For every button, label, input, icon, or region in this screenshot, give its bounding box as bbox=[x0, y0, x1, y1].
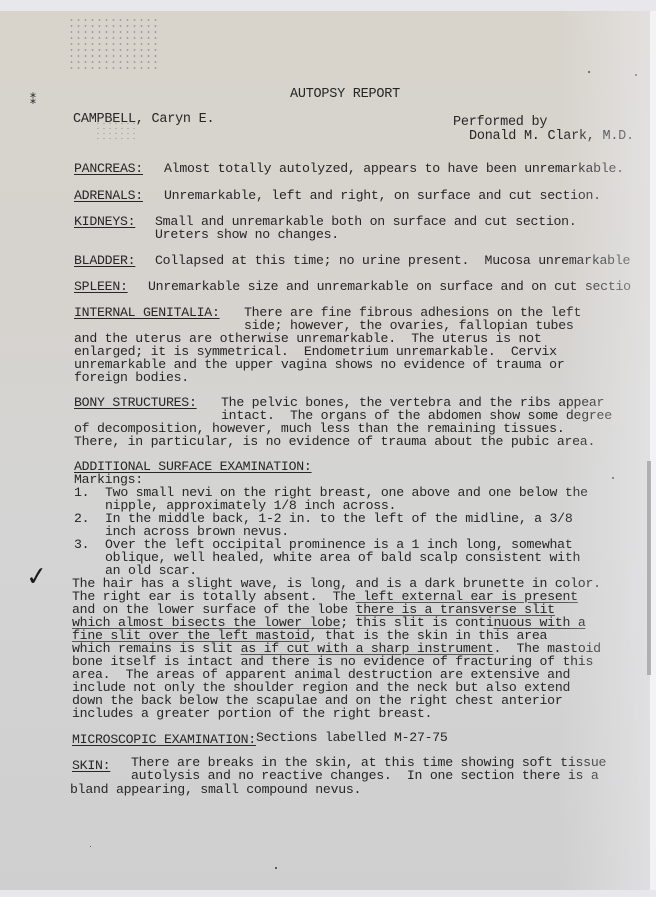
scan-speck bbox=[90, 846, 91, 847]
adrenals-text: Unremarkable, left and right, on surface… bbox=[164, 189, 601, 202]
skin-label: SKIN: bbox=[72, 759, 110, 772]
paragraph-line: includes a greater portion of the right … bbox=[72, 707, 432, 720]
bladder-label: BLADDER: bbox=[74, 254, 135, 267]
microscopic-label: MICROSCOPIC EXAMINATION: bbox=[72, 733, 256, 746]
internal-genitalia-line: foreign bodies. bbox=[74, 371, 189, 384]
bony-structures-label: BONY STRUCTURES: bbox=[74, 396, 197, 409]
bony-structures-line: There, in particular, is no evidence of … bbox=[74, 435, 595, 448]
kidneys-text-line: Ureters show no changes. bbox=[155, 228, 339, 241]
performed-by-label: Performed by bbox=[453, 116, 547, 129]
scan-artifact-bar bbox=[647, 461, 651, 675]
skin-line: autolysis and no reactive changes. In on… bbox=[131, 769, 599, 782]
marking-number: 2. bbox=[74, 512, 89, 525]
margin-scribble: ⁑ bbox=[30, 93, 36, 107]
scan-speck bbox=[588, 71, 590, 73]
page-edge bbox=[650, 11, 656, 890]
scanned-document-page: ⁑ AUTOPSY REPORT CAMPBELL, Caryn E. Perf… bbox=[0, 11, 650, 890]
internal-genitalia-label: INTERNAL GENITALIA: bbox=[74, 306, 220, 319]
subject-name: CAMPBELL, Caryn E. bbox=[73, 113, 214, 126]
skin-line: bland appearing, small compound nevus. bbox=[70, 783, 361, 796]
scan-speck bbox=[612, 477, 614, 479]
checkmark-icon: ✓ bbox=[24, 561, 49, 593]
spleen-text: Unremarkable size and unremarkable on su… bbox=[148, 280, 631, 293]
performed-by-name: Donald M. Clark, M.D. bbox=[469, 130, 634, 143]
marking-number: 1. bbox=[74, 486, 89, 499]
document-title: AUTOPSY REPORT bbox=[290, 88, 400, 101]
pancreas-text: Almost totally autolyzed, appears to hav… bbox=[164, 162, 624, 175]
pancreas-label: PANCREAS: bbox=[74, 162, 143, 175]
bladder-text: Collapsed at this time; no urine present… bbox=[155, 254, 630, 267]
microscopic-text: Sections labelled M-27-75 bbox=[256, 731, 448, 744]
kidneys-label: KIDNEYS: bbox=[74, 215, 135, 228]
spleen-label: SPLEEN: bbox=[74, 280, 128, 293]
scan-speck bbox=[275, 867, 277, 869]
marking-number: 3. bbox=[74, 538, 89, 551]
scan-speck bbox=[635, 74, 637, 76]
scan-noise bbox=[68, 17, 158, 73]
adrenals-label: ADRENALS: bbox=[74, 189, 143, 202]
